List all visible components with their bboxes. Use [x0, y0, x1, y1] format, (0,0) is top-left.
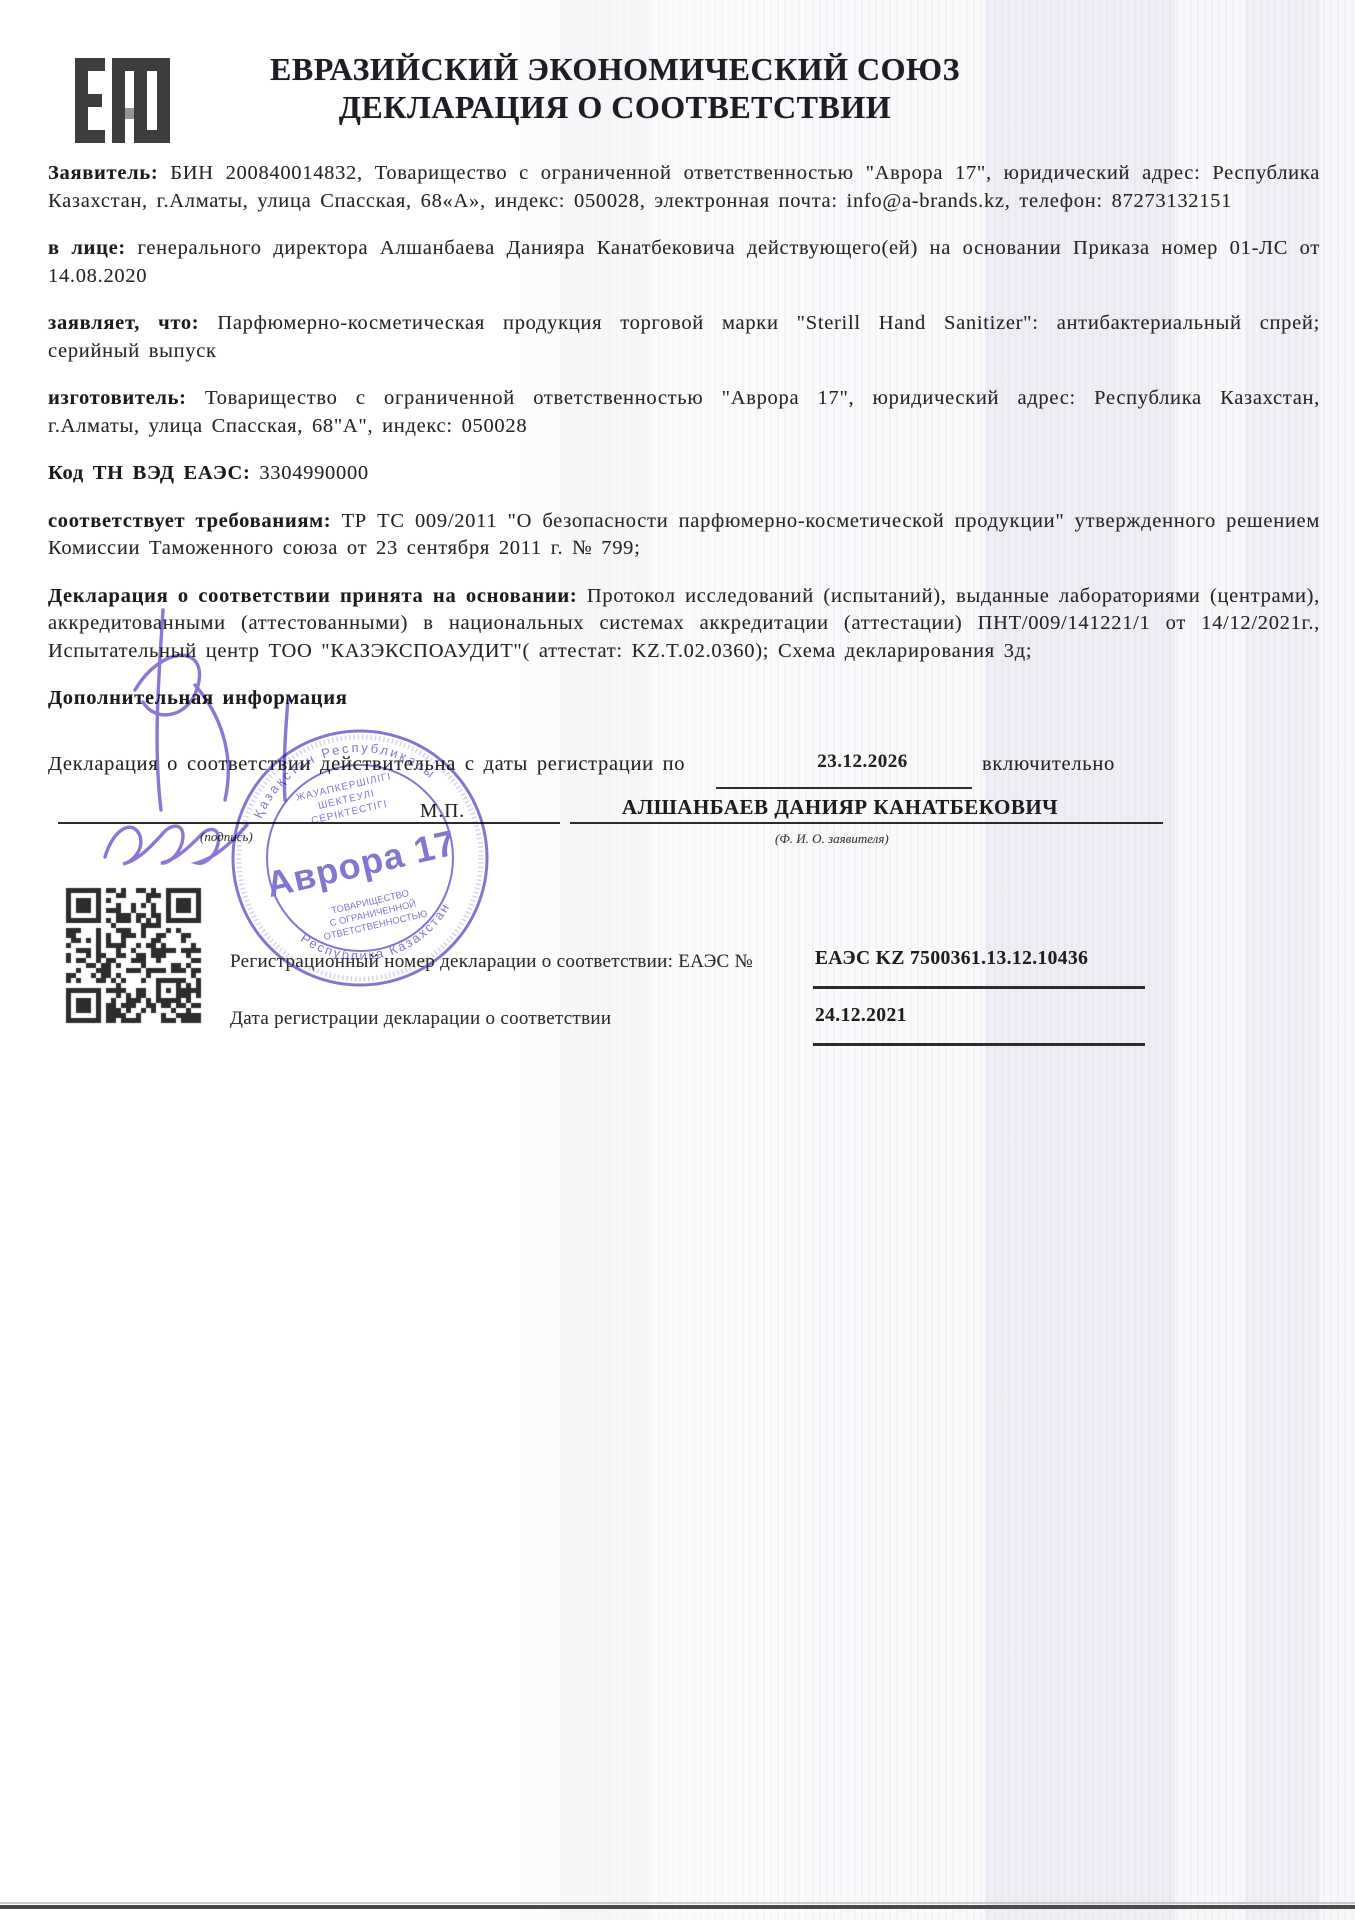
scan-edge-line [0, 1902, 1355, 1904]
validity-date: 23.12.2026 [790, 751, 935, 773]
paragraph-manufacturer: изготовитель: Товарищество с ограниченно… [48, 385, 1320, 440]
paragraph-label: Заявитель: [48, 162, 158, 184]
paragraph-label: Код ТН ВЭД ЕАЭС: [48, 462, 251, 484]
paragraph-text: Товарищество с ограниченной ответственно… [48, 387, 1320, 437]
registration-number-underline [813, 986, 1145, 989]
registration-date-underline [813, 1043, 1145, 1046]
qr-code-canvas [64, 886, 204, 1026]
paragraph-declares: заявляет, что: Парфюмерно-косметическая … [48, 310, 1320, 365]
validity-date-underline [716, 787, 972, 789]
paragraph-label: заявляет, что: [48, 312, 199, 334]
registration-date-value: 24.12.2021 [815, 1005, 907, 1027]
qr-code [64, 886, 204, 1026]
registration-number-label: Регистрационный номер декларации о соотв… [230, 951, 753, 973]
paragraph-text: 3304990000 [259, 462, 369, 484]
paragraph-label: изготовитель: [48, 387, 187, 409]
paragraph-represented-by: в лице: генерального директора Алшанбаев… [48, 235, 1320, 290]
declarant-name-caption: (Ф. И. О. заявителя) [775, 831, 889, 847]
paragraph-applicant: Заявитель: БИН 200840014832, Товариществ… [48, 160, 1320, 215]
eac-logo-icon [75, 58, 170, 143]
declarant-name: АЛШАНБАЕВ ДАНИЯР КАНАТБЕКОВИЧ [585, 795, 1095, 820]
paragraph-text: Парфюмерно-косметическая продукция торго… [48, 312, 1320, 362]
title-line-1: ЕВРАЗИЙСКИЙ ЭКОНОМИЧЕСКИЙ СОЮЗ [210, 50, 1020, 88]
registration-number-value: ЕАЭС KZ 7500361.13.12.10436 [815, 948, 1088, 970]
paragraph-tnved-code: Код ТН ВЭД ЕАЭС: 3304990000 [48, 460, 1320, 488]
paragraph-conforms-to: соответствует требованиям: ТР ТС 009/201… [48, 508, 1320, 563]
scan-edge-line [0, 1905, 1355, 1909]
stamp-company-name: Аврора 17 [263, 822, 460, 905]
title-line-2: ДЕКЛАРАЦИЯ О СООТВЕТСТВИИ [210, 88, 1020, 126]
paragraph-label: соответствует требованиям: [48, 510, 331, 532]
paragraph-label: в лице: [48, 237, 126, 259]
page-title: ЕВРАЗИЙСКИЙ ЭКОНОМИЧЕСКИЙ СОЮЗ ДЕКЛАРАЦИ… [210, 50, 1020, 126]
name-line [570, 822, 1163, 824]
validity-suffix: включительно [982, 753, 1115, 776]
paragraph-text: БИН 200840014832, Товарищество с огранич… [48, 162, 1320, 212]
paragraph-text: генерального директора Алшанбаева Данияр… [48, 237, 1320, 287]
registration-date-label: Дата регистрации декларации о соответств… [230, 1008, 611, 1030]
